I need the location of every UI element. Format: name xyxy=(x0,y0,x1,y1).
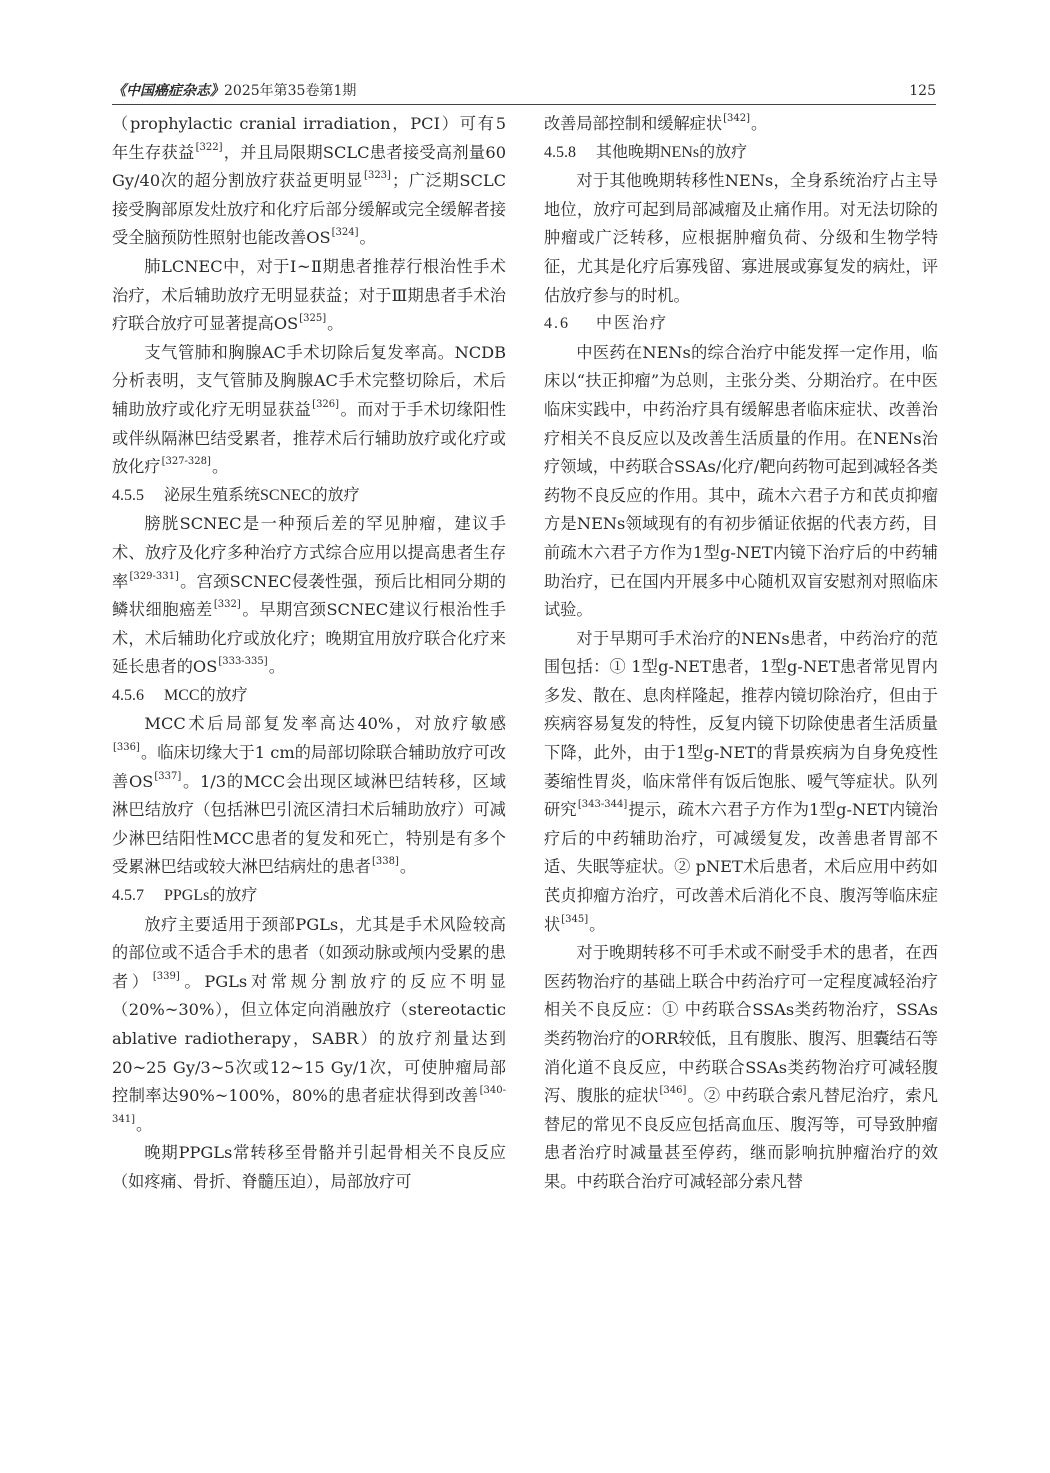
right-column: 改善局部控制和缓解症状342。 4.5.8其他晚期NENs的放疗 对于其他晚期转… xyxy=(544,110,938,1197)
paragraph-other-nens: 对于其他晚期转移性NENs，全身系统治疗占主导地位，放疗可起到局部减瘤及止痛作用… xyxy=(544,167,938,310)
text: 晚期PPGLs常转移至骨骼并引起骨相关不良反应（如疼痛、骨折、脊髓压迫），局部放… xyxy=(112,1143,506,1191)
paragraph-tcm-late: 对于晚期转移不可手术或不耐受手术的患者，在西医药物治疗的基础上联合中药治疗可一定… xyxy=(544,939,938,1196)
text: 。 xyxy=(751,114,767,133)
citation-ref: 326 xyxy=(312,399,339,410)
section-number: 4.5.6 xyxy=(112,682,164,711)
citation-ref: 333-335 xyxy=(218,656,267,667)
paragraph-tcm-early: 对于早期可手术治疗的NENs患者，中药治疗的范围包括：① 1型g-NET患者，1… xyxy=(544,625,938,940)
text: 提示，疏木六君子方作为1型g-NET内镜治疗后的中药辅助治疗，可减缓复发，改善患… xyxy=(544,800,938,933)
citation-ref: 324 xyxy=(332,227,359,238)
text: 。 xyxy=(400,857,416,876)
citation-ref: 325 xyxy=(299,313,326,324)
paragraph-scnec: 膀胱SCNEC是一种预后差的罕见肿瘤，建议手术、放疗及化疗多种治疗方式综合应用以… xyxy=(112,510,506,682)
citation-ref: 346 xyxy=(659,1085,686,1096)
text: 。 xyxy=(327,314,343,333)
paragraph-ppgls-late: 晚期PPGLs常转移至骨骼并引起骨相关不良反应（如疼痛、骨折、脊髓压迫），局部放… xyxy=(112,1139,506,1196)
citation-ref: 338 xyxy=(372,856,399,867)
section-number: 4.5.5 xyxy=(112,482,164,511)
text: 。 xyxy=(589,915,605,934)
section-heading-4-5-7: 4.5.7PPGLs的放疗 xyxy=(112,882,506,911)
paragraph-pci: （prophylactic cranial irradiation，PCI）可有… xyxy=(112,110,506,253)
paragraph-ac: 支气管肺和胸腺AC手术切除后复发率高。NCDB分析表明，支气管肺及胸腺AC手术完… xyxy=(112,339,506,482)
text: 。PGLs对常规分割放疗的反应不明显（20%~30%），但立体定向消融放疗（st… xyxy=(112,972,506,1105)
text: 。1/3的MCC会出现区域淋巴结转移，区域淋巴结放疗（包括淋巴引流区清扫术后辅助… xyxy=(112,772,506,877)
citation-ref: 337 xyxy=(154,771,181,782)
citation-ref: 323 xyxy=(364,170,391,181)
citation-ref: 327-328 xyxy=(162,456,211,467)
citation-ref: 336 xyxy=(113,742,140,753)
journal-citation: 《中国癌症杂志》2025年第35卷第1期 xyxy=(112,82,356,100)
left-column: （prophylactic cranial irradiation，PCI）可有… xyxy=(112,110,506,1197)
section-title: 泌尿生殖系统SCNEC的放疗 xyxy=(164,487,360,504)
paragraph-lcnec: 肺LCNEC中，对于Ⅰ~Ⅱ期患者推荐行根治性手术治疗，术后辅助放疗无明显获益；对… xyxy=(112,253,506,339)
text: 改善局部控制和缓解症状 xyxy=(544,114,722,133)
section-number: 4.5.8 xyxy=(544,139,596,168)
section-title: MCC的放疗 xyxy=(164,687,248,704)
citation-ref: 339 xyxy=(153,971,180,982)
paragraph-mcc: MCC术后局部复发率高达40%，对放疗敏感336。临床切缘大于1 cm的局部切除… xyxy=(112,710,506,882)
running-header: 《中国癌症杂志》2025年第35卷第1期 125 xyxy=(112,82,936,105)
paragraph-ppgls: 放疗主要适用于颈部PGLs，尤其是手术风险较高的部位或不适合手术的患者（如颈动脉… xyxy=(112,911,506,1140)
journal-name: 《中国癌症杂志》 xyxy=(112,83,224,99)
section-number: 4.6 xyxy=(544,310,596,339)
section-heading-4-5-6: 4.5.6MCC的放疗 xyxy=(112,682,506,711)
section-heading-4-5-8: 4.5.8其他晚期NENs的放疗 xyxy=(544,139,938,168)
section-title: 中医治疗 xyxy=(596,315,668,332)
paragraph-tcm-intro: 中医药在NENs的综合治疗中能发挥一定作用，临床以“扶正抑瘤”为总则，主张分类、… xyxy=(544,339,938,625)
citation-ref: 322 xyxy=(196,142,223,153)
citation-ref: 342 xyxy=(723,113,750,124)
paragraph-continuation: 改善局部控制和缓解症状342。 xyxy=(544,110,938,139)
section-heading-4-6: 4.6中医治疗 xyxy=(544,310,938,339)
citation-ref: 343-344 xyxy=(578,799,627,810)
citation-ref: 332 xyxy=(214,599,241,610)
citation-ref: 345 xyxy=(561,914,588,925)
text: 对于晚期转移不可手术或不耐受手术的患者，在西医药物治疗的基础上联合中药治疗可一定… xyxy=(544,943,938,1105)
text: 对于早期可手术治疗的NENs患者，中药治疗的范围包括：① 1型g-NET患者，1… xyxy=(544,629,938,820)
section-number: 4.5.7 xyxy=(112,882,164,911)
text: 对于其他晚期转移性NENs，全身系统治疗占主导地位，放疗可起到局部减瘤及止痛作用… xyxy=(544,171,938,304)
section-title: PPGLs的放疗 xyxy=(164,887,257,904)
text: 。 xyxy=(269,657,285,676)
section-title: 其他晚期NENs的放疗 xyxy=(596,144,747,161)
section-heading-4-5-5: 4.5.5泌尿生殖系统SCNEC的放疗 xyxy=(112,482,506,511)
text: 中医药在NENs的综合治疗中能发挥一定作用，临床以“扶正抑瘤”为总则，主张分类、… xyxy=(544,343,938,619)
text: MCC术后局部复发率高达40%，对放疗敏感 xyxy=(144,714,506,733)
journal-issue: 2025年第35卷第1期 xyxy=(224,83,356,99)
text: 。 xyxy=(212,457,228,476)
page-number: 125 xyxy=(909,82,936,100)
citation-ref: 329-331 xyxy=(130,571,179,582)
text: 。 xyxy=(360,228,376,247)
text: 。 xyxy=(136,1115,152,1134)
